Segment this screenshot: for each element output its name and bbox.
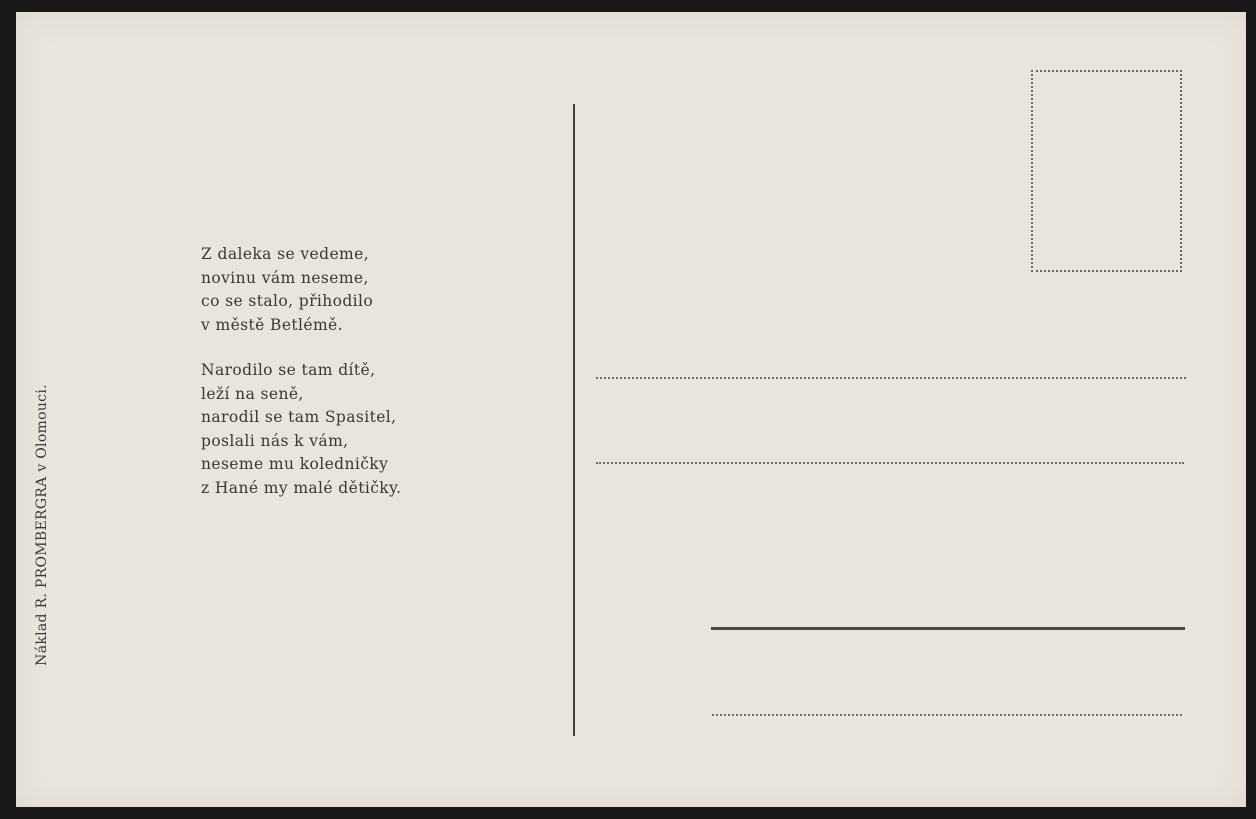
- poem-line: Z daleka se vedeme,: [201, 243, 402, 267]
- poem-text: Z daleka se vedeme, novinu vám neseme, c…: [201, 243, 402, 500]
- stamp-placeholder-box: [1031, 70, 1182, 272]
- poem-stanza-2: Narodilo se tam dítě, leží na seně, naro…: [201, 359, 402, 500]
- poem-stanza-1: Z daleka se vedeme, novinu vám neseme, c…: [201, 243, 402, 337]
- address-line-4: [712, 714, 1182, 716]
- poem-line: v městě Betlémě.: [201, 314, 402, 338]
- publisher-imprint: Náklad R. PROMBERGRA v Olomouci.: [34, 384, 50, 666]
- address-line-3: [711, 627, 1185, 630]
- poem-line: narodil se tam Spasitel,: [201, 406, 402, 430]
- poem-line: co se stalo, přihodilo: [201, 290, 402, 314]
- poem-line: neseme mu koledničky: [201, 453, 402, 477]
- address-line-2: [596, 462, 1184, 464]
- address-line-1: [596, 377, 1186, 379]
- poem-line: z Hané my malé dětičky.: [201, 477, 402, 501]
- poem-line: novinu vám neseme,: [201, 267, 402, 291]
- poem-line: poslali nás k vám,: [201, 430, 402, 454]
- poem-line: leží na seně,: [201, 383, 402, 407]
- poem-line: Narodilo se tam dítě,: [201, 359, 402, 383]
- center-divider-line: [573, 104, 575, 736]
